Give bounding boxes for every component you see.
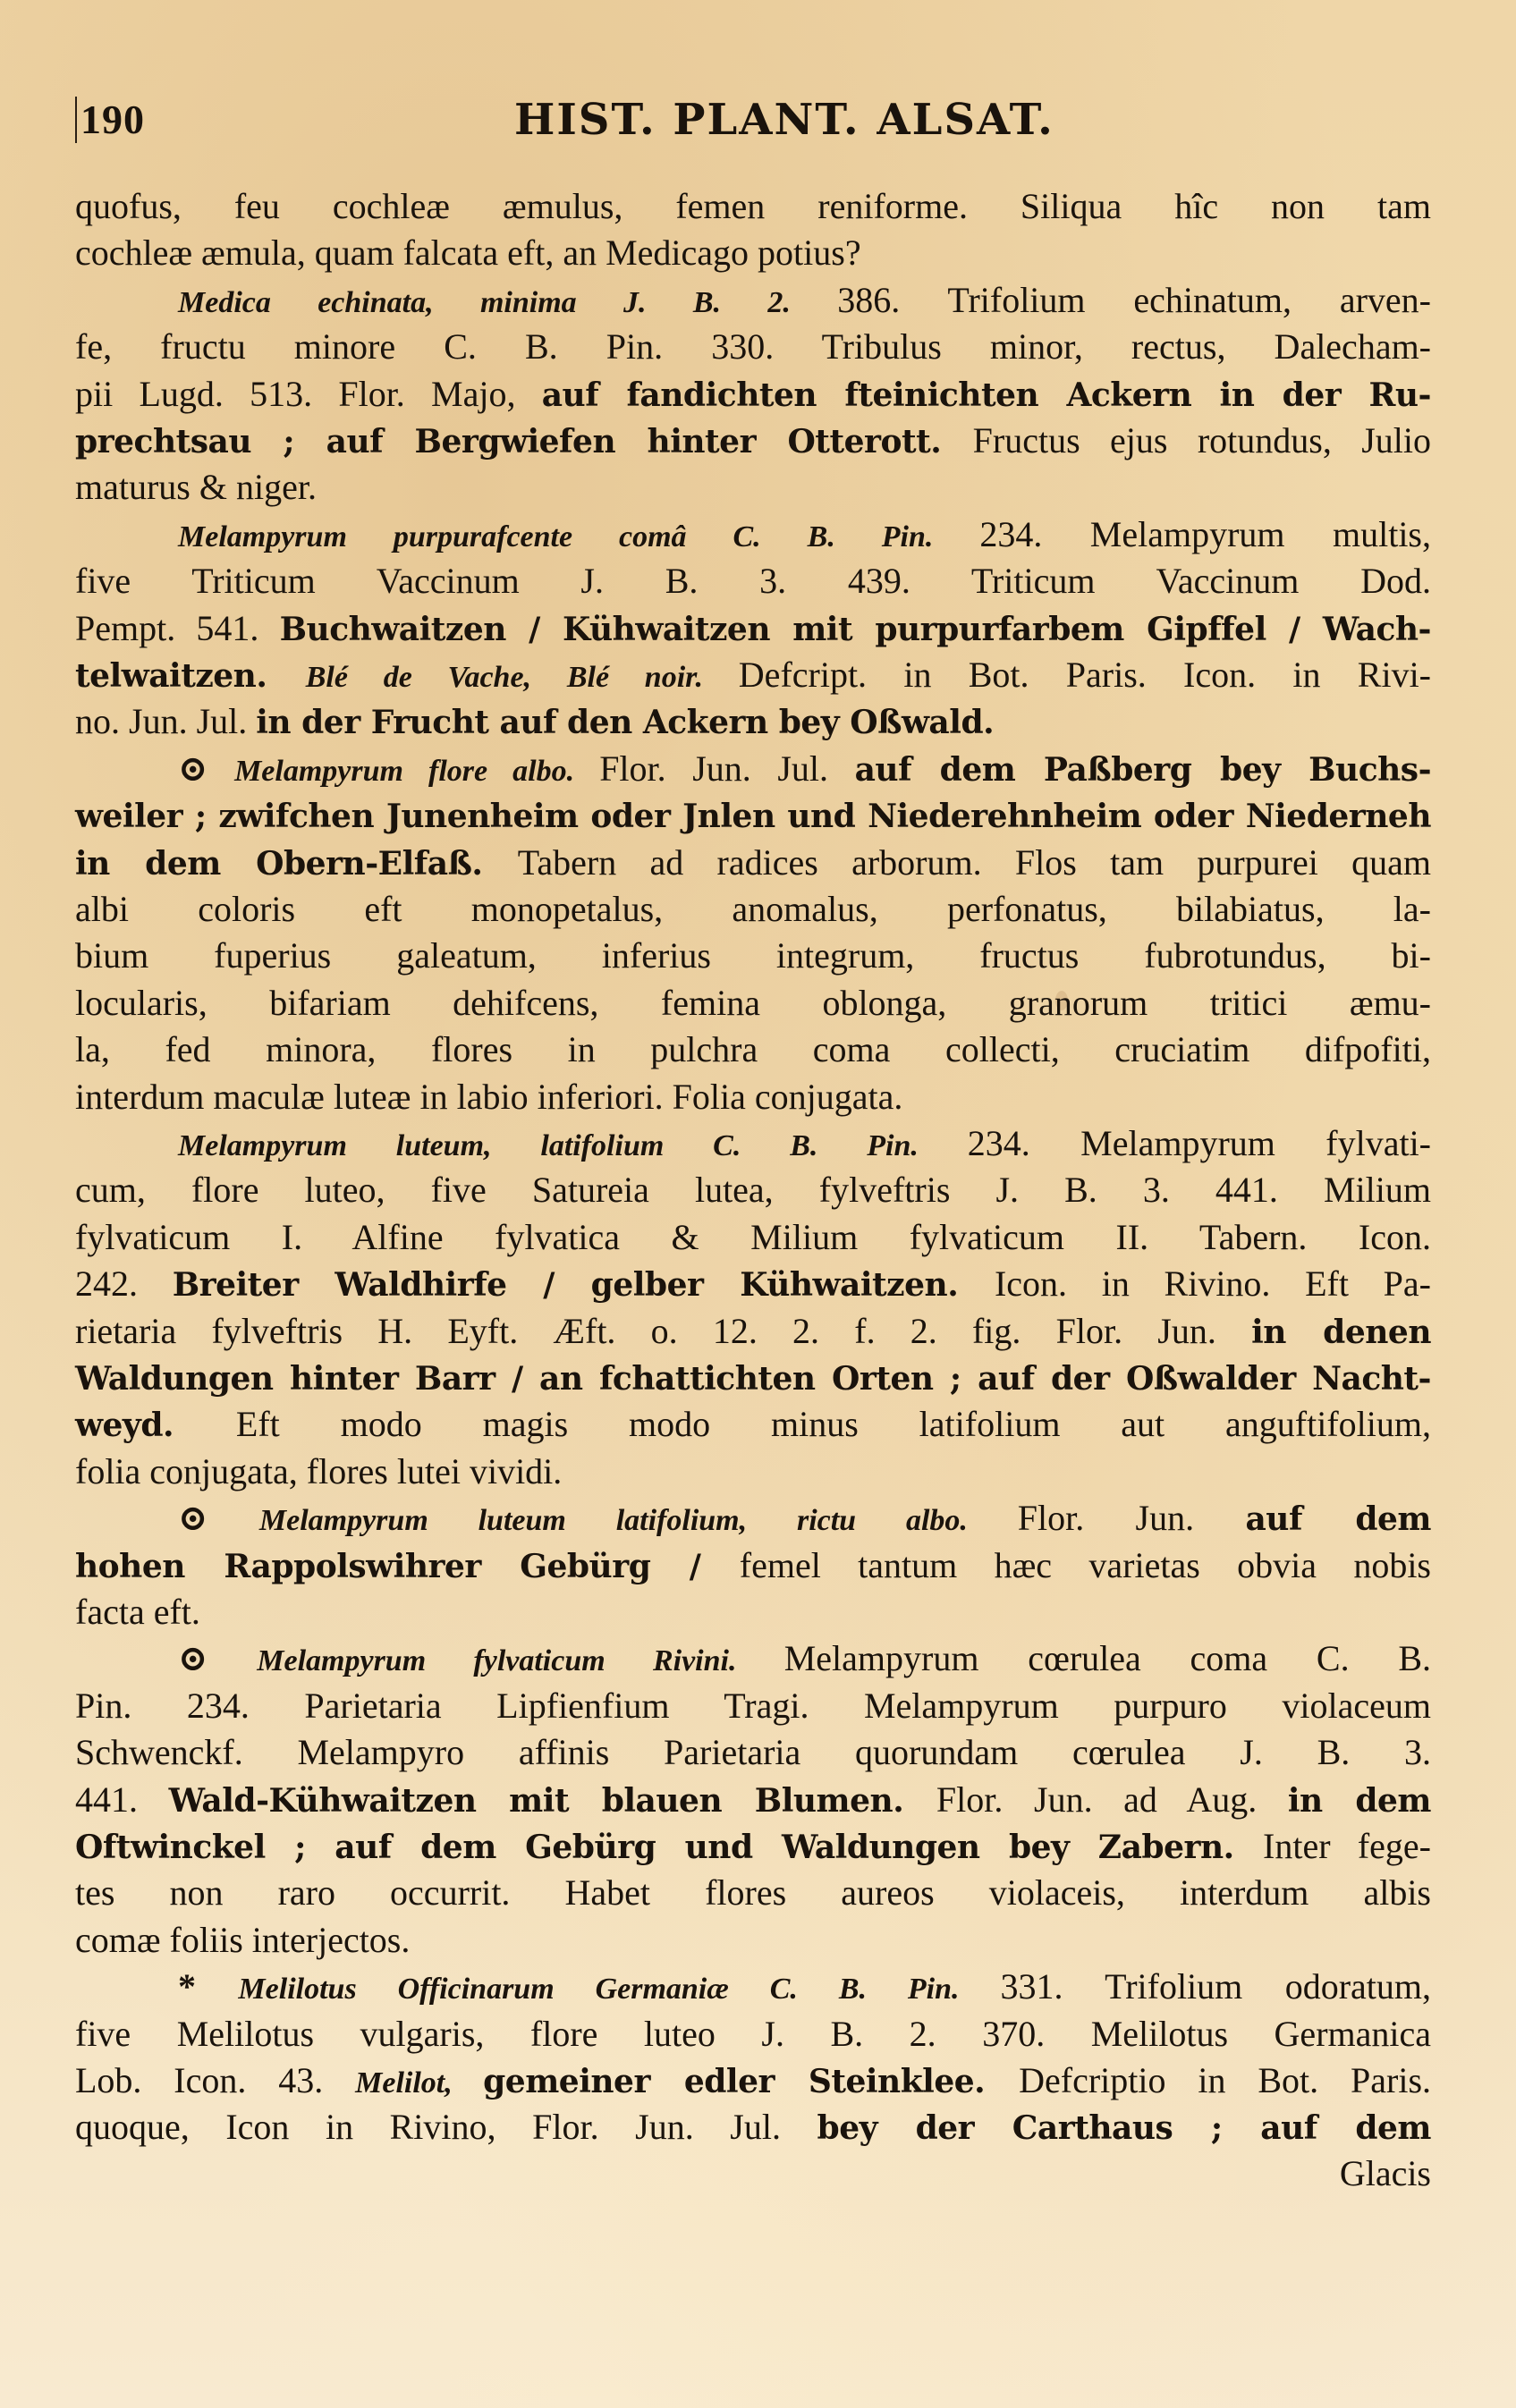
text-line: 242. Breiter Waldhirfe / gelber Kühwaitz…	[75, 1261, 1431, 1307]
catchword: Glacis	[1340, 2150, 1431, 2197]
roman-text: albi coloris eft monopetalus, anomalus, …	[75, 889, 1431, 929]
roman-text: Pin. 234. Parietaria Lipfienfium Tragi. …	[75, 1686, 1431, 1726]
roman-text: five Triticum Vaccinum J. B. 3. 439. Tri…	[75, 561, 1431, 601]
text-line: five Melilotus vulgaris, flore luteo J. …	[75, 2011, 1431, 2057]
italic-latin-name: Blé de Vache, Blé noir.	[306, 661, 739, 694]
text-line: no. Jun. Jul. in der Frucht auf den Acke…	[75, 698, 1431, 745]
text-line: weyd. Eft modo magis modo minus latifoli…	[75, 1401, 1431, 1448]
fraktur-german-text: in der Frucht auf den Ackern bey Oßwald.	[256, 704, 994, 741]
text-line: Pempt. 541. Buchwaitzen / Kühwaitzen mit…	[75, 605, 1431, 652]
roman-text: pii Lugd. 513. Flor. Majo,	[75, 374, 542, 414]
fraktur-german-text: telwaitzen.	[75, 657, 306, 695]
text-line: Melampyrum purpurafcente comâ C. B. Pin.…	[75, 511, 1431, 558]
roman-text: rietaria fylveftris H. Eyft. Æft. o. 12.…	[75, 1311, 1251, 1351]
text-line: locularis, bifariam dehifcens, femina ob…	[75, 980, 1431, 1027]
running-title: HIST. PLANT. ALSAT.	[514, 97, 1054, 143]
text-line: Waldungen hinter Barr / an fchattichten …	[75, 1355, 1431, 1401]
roman-text: femel tantum hæc varietas obvia nobis	[740, 1545, 1431, 1585]
text-line: interdum maculæ luteæ in labio inferiori…	[75, 1074, 1431, 1120]
text-line: fylvaticum I. Alfine fylvatica & Milium …	[75, 1214, 1431, 1261]
text-line: albi coloris eft monopetalus, anomalus, …	[75, 886, 1431, 933]
roman-text: Inter fege-	[1263, 1826, 1431, 1866]
text-line: ⊙ Melampyrum luteum latifolium, rictu al…	[75, 1495, 1431, 1542]
fraktur-german-text: Oftwinckel ; auf dem Gebürg und Waldunge…	[75, 1829, 1263, 1866]
italic-latin-name: Melampyrum purpurafcente comâ C. B. Pin.	[178, 520, 979, 553]
text-line: rietaria fylveftris H. Eyft. Æft. o. 12.…	[75, 1308, 1431, 1355]
roman-text: quoque, Icon in Rivino, Flor. Jun. Jul.	[75, 2107, 817, 2147]
fraktur-german-text: Buchwaitzen / Kühwaitzen mit purpurfarbe…	[280, 611, 1431, 648]
roman-text: interdum maculæ luteæ in labio inferiori…	[75, 1077, 902, 1117]
fraktur-german-text: Breiter Waldhirfe / gelber Kühwaitzen.	[173, 1266, 995, 1304]
roman-text: la, fed minora, flores in pulchra coma c…	[75, 1029, 1431, 1069]
roman-text: quofus, feu cochleæ æmulus, femen renifo…	[75, 186, 1431, 226]
italic-latin-name: Melilotus Officinarum Germaniæ C. B. Pin…	[238, 1973, 1000, 2006]
text-line: fe, fructu minore C. B. Pin. 330. Tribul…	[75, 324, 1431, 370]
text-line: facta eft.	[75, 1589, 1431, 1635]
roman-text: maturus & niger.	[75, 467, 317, 507]
fraktur-german-text: prechtsau ; auf Bergwiefen hinter Ottero…	[75, 423, 973, 460]
text-line: comæ foliis interjectos.	[75, 1917, 1431, 1964]
text-line: quoque, Icon in Rivino, Flor. Jun. Jul. …	[75, 2104, 1431, 2150]
text-line: 441. Wald-Kühwaitzen mit blauen Blumen. …	[75, 1777, 1431, 1823]
fraktur-german-text: in denen	[1251, 1314, 1431, 1351]
text-line: la, fed minora, flores in pulchra coma c…	[75, 1027, 1431, 1073]
text-line: * Melilotus Officinarum Germaniæ C. B. P…	[75, 1964, 1431, 2010]
roman-text: Flor. Jun. ad Aug.	[936, 1779, 1288, 1820]
roman-text: Lob. Icon. 43.	[75, 2060, 355, 2100]
annual-symbol: ⊙	[178, 748, 234, 789]
text-line: folia conjugata, flores lutei vividi.	[75, 1449, 1431, 1495]
roman-text: 386. Trifolium echinatum, arven-	[837, 280, 1431, 320]
text-line: quofus, feu cochleæ æmulus, femen renifo…	[75, 183, 1431, 230]
text-line: cochleæ æmula, quam falcata eft, an Medi…	[75, 230, 1431, 276]
fraktur-german-text: Wald-Kühwaitzen mit blauen Blumen.	[169, 1782, 936, 1820]
roman-text: five Melilotus vulgaris, flore luteo J. …	[75, 2014, 1431, 2054]
text-line: in dem Obern-Elfaß. Tabern ad radices ar…	[75, 840, 1431, 886]
fraktur-german-text: auf dem	[1245, 1500, 1431, 1538]
text-line: Lob. Icon. 43. Melilot, gemeiner edler S…	[75, 2057, 1431, 2104]
roman-text: 242.	[75, 1263, 173, 1304]
annual-symbol: *	[178, 1966, 238, 2007]
text-line: bium fuperius galeatum, inferius integru…	[75, 933, 1431, 979]
roman-text: Defcript. in Bot. Paris. Icon. in Rivi-	[739, 655, 1431, 695]
roman-text: fylvaticum I. Alfine fylvatica & Milium …	[75, 1217, 1431, 1257]
page-header: 190 HIST. PLANT. ALSAT.	[72, 97, 1449, 150]
italic-latin-name: Melampyrum fylvaticum Rivini.	[257, 1644, 783, 1677]
roman-text: Melampyrum cœrulea coma C. B.	[784, 1638, 1431, 1678]
fraktur-german-text: weiler ; zwifchen Junenheim oder Jnlen u…	[75, 798, 1431, 835]
roman-text: Icon. in Rivino. Eft Pa-	[995, 1263, 1431, 1304]
text-line: pii Lugd. 513. Flor. Majo, auf fandichte…	[75, 371, 1431, 418]
roman-text: Schwenckf. Melampyro affinis Parietaria …	[75, 1732, 1431, 1772]
fraktur-german-text: bey der Carthaus ; auf dem	[817, 2109, 1431, 2147]
annual-symbol: ⊙	[178, 1638, 257, 1678]
fraktur-german-text: auf dem Paßberg bey Buchs-	[855, 751, 1431, 789]
roman-text: 234. Melampyrum fylvati-	[968, 1123, 1431, 1163]
roman-text: Fructus ejus rotundus, Julio	[973, 420, 1431, 460]
italic-latin-name: Melampyrum luteum, latifolium C. B. Pin.	[178, 1129, 968, 1162]
text-line: maturus & niger.	[75, 464, 1431, 511]
italic-latin-name: Melampyrum flore albo.	[234, 755, 599, 788]
roman-text: Tabern ad radices arborum. Flos tam purp…	[518, 842, 1431, 883]
text-line: hohen Rappolswihrer Gebürg / femel tantu…	[75, 1542, 1431, 1589]
roman-text: Flor. Jun. Jul.	[599, 748, 854, 789]
annual-symbol: ⊙	[178, 1498, 259, 1538]
roman-text: Flor. Jun.	[1018, 1498, 1246, 1538]
text-line: Medica echinata, minima J. B. 2. 386. Tr…	[75, 277, 1431, 324]
book-page: 190 HIST. PLANT. ALSAT. quofus, feu coch…	[0, 0, 1516, 2408]
fraktur-german-text: hohen Rappolswihrer Gebürg /	[75, 1548, 740, 1585]
roman-text: folia conjugata, flores lutei vividi.	[75, 1451, 562, 1491]
fraktur-german-text: in dem Obern-Elfaß.	[75, 845, 518, 883]
text-line: ⊙ Melampyrum flore albo. Flor. Jun. Jul.…	[75, 746, 1431, 792]
roman-text: no. Jun. Jul.	[75, 701, 256, 741]
roman-text: 234. Melampyrum multis,	[979, 514, 1431, 554]
text-line: telwaitzen. Blé de Vache, Blé noir. Defc…	[75, 652, 1431, 698]
roman-text: cum, flore luteo, five Satureia lutea, f…	[75, 1170, 1431, 1210]
text-line: cum, flore luteo, five Satureia lutea, f…	[75, 1167, 1431, 1213]
roman-text: fe, fructu minore C. B. Pin. 330. Tribul…	[75, 326, 1431, 367]
fraktur-german-text: auf fandichten fteinichten Ackern in der…	[542, 376, 1431, 414]
roman-text: facta eft.	[75, 1592, 200, 1632]
text-line: Oftwinckel ; auf dem Gebürg und Waldunge…	[75, 1823, 1431, 1870]
fraktur-german-text: gemeiner edler Steinklee.	[483, 2063, 1019, 2100]
roman-text: locularis, bifariam dehifcens, femina ob…	[75, 983, 1431, 1023]
text-line: tes non raro occurrit. Habet flores aure…	[75, 1870, 1431, 1916]
italic-latin-name: Medica echinata, minima J. B. 2.	[178, 286, 837, 319]
italic-latin-name: Melampyrum luteum latifolium, rictu albo…	[259, 1504, 1018, 1537]
text-line: ⊙ Melampyrum fylvaticum Rivini. Melampyr…	[75, 1635, 1431, 1682]
roman-text: 331. Trifolium odoratum,	[1000, 1966, 1431, 2007]
roman-text: cochleæ æmula, quam falcata eft, an Medi…	[75, 232, 861, 273]
roman-text: Pempt. 541.	[75, 608, 280, 648]
text-line: prechtsau ; auf Bergwiefen hinter Ottero…	[75, 418, 1431, 464]
page-number: 190	[75, 97, 145, 143]
roman-text: 441.	[75, 1779, 169, 1820]
roman-text: tes non raro occurrit. Habet flores aure…	[75, 1872, 1431, 1913]
text-line: five Triticum Vaccinum J. B. 3. 439. Tri…	[75, 558, 1431, 604]
roman-text: bium fuperius galeatum, inferius integru…	[75, 935, 1431, 976]
roman-text: comæ foliis interjectos.	[75, 1920, 410, 1960]
fraktur-german-text: in dem	[1288, 1782, 1431, 1820]
fraktur-german-text: weyd.	[75, 1407, 236, 1444]
text-line: weiler ; zwifchen Junenheim oder Jnlen u…	[75, 792, 1431, 839]
text-line: Pin. 234. Parietaria Lipfienfium Tragi. …	[75, 1683, 1431, 1729]
text-line: Melampyrum luteum, latifolium C. B. Pin.…	[75, 1120, 1431, 1167]
roman-text: Defcriptio in Bot. Paris.	[1019, 2060, 1431, 2100]
fraktur-german-text: Waldungen hinter Barr / an fchattichten …	[75, 1360, 1431, 1398]
text-line: Schwenckf. Melampyro affinis Parietaria …	[75, 1729, 1431, 1776]
roman-text: Eft modo magis modo minus latifolium aut…	[236, 1404, 1431, 1444]
italic-latin-name: Melilot,	[355, 2066, 483, 2100]
